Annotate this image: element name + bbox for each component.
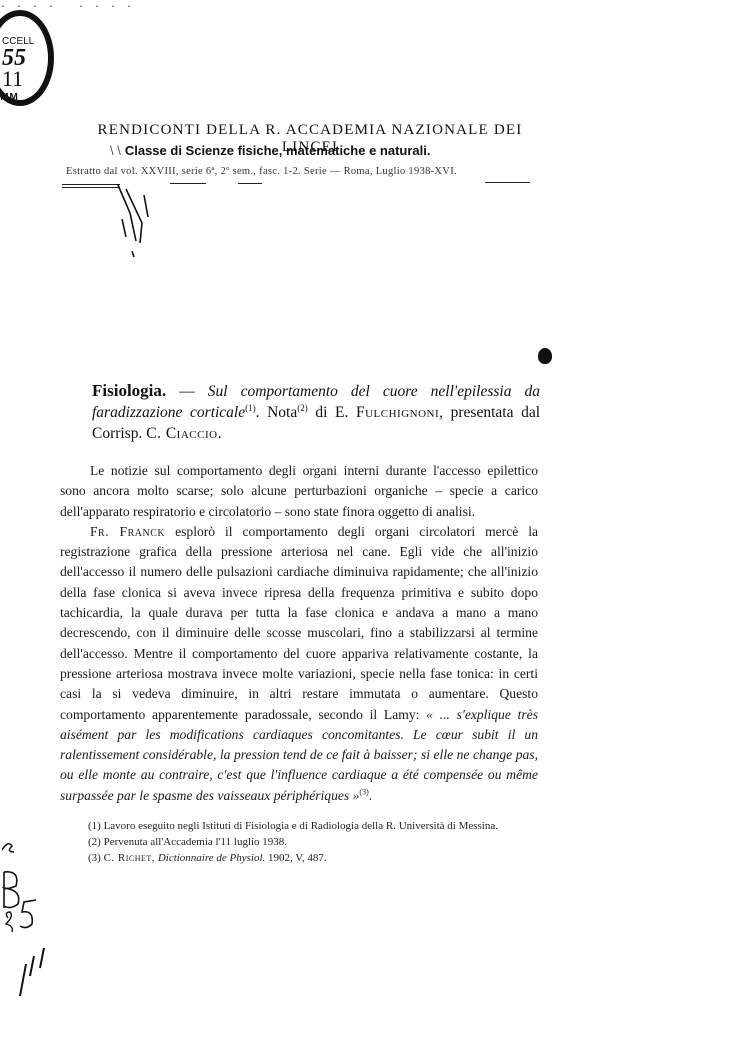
- author-name: Fulchignoni: [356, 404, 439, 421]
- classe-line: \ \Classe di Scienze fisiche, matematich…: [110, 143, 540, 158]
- section-label: Fisiologia.: [92, 381, 166, 400]
- ink-dot-mark: [538, 348, 552, 364]
- stamp-sub-number: 11: [2, 69, 42, 89]
- paragraph-2-text: esplorò il comportamento degli organi ci…: [60, 524, 538, 722]
- scan-dots-right: · · · ·: [78, 2, 134, 13]
- footnote-2: (2) Pervenuta all'Accademia l'11 luglio …: [60, 834, 538, 850]
- article-title-block: Fisiologia. — Sul comportamento del cuor…: [92, 380, 540, 444]
- footnote-details: 1902, V, 487.: [268, 852, 327, 864]
- footnote-author: C. Richet,: [104, 852, 155, 864]
- title-dash: —: [179, 383, 195, 400]
- margin-handwriting-icon: [2, 800, 72, 1000]
- title-note-ref: (1): [245, 403, 256, 413]
- pen-scribble-icon: [112, 183, 162, 263]
- library-stamp: CCELL 55 11 DMM: [0, 10, 54, 106]
- underline-rule: [485, 182, 530, 183]
- presenter-name: C. Ciaccio.: [146, 425, 222, 442]
- classe-marks: \ \: [110, 143, 121, 158]
- cited-author: Fr. Franck: [90, 524, 165, 539]
- footnote-1: (1) Lavoro eseguito negli Istituti di Fi…: [60, 818, 538, 834]
- underline-rule: [238, 183, 262, 184]
- footnote-text: Pervenuta all'Accademia l'11 luglio 1938…: [104, 836, 287, 848]
- quote-ref: (3): [359, 787, 368, 796]
- footnote-3: (3) C. Richet, Dictionnaire de Physiol. …: [60, 850, 538, 866]
- paragraph-2: Fr. Franck esplorò il comportamento degl…: [60, 522, 538, 806]
- footnote-work: Dictionnaire de Physiol.: [158, 852, 265, 864]
- nota-ref: (2): [297, 403, 308, 413]
- footnote-number: (1): [88, 820, 101, 832]
- estratto-line: Estratto dal vol. XXVIII, serie 6ª, 2º s…: [66, 166, 536, 177]
- article-body: Le notizie sul comportamento degli organ…: [60, 461, 538, 806]
- paragraph-1: Le notizie sul comportamento degli organ…: [60, 461, 538, 522]
- stamp-bottom-text: DMM: [0, 92, 19, 103]
- footnotes: (1) Lavoro eseguito negli Istituti di Fi…: [60, 818, 538, 866]
- footnote-number: (3): [88, 852, 101, 864]
- underline-rule: [170, 183, 206, 184]
- nota-label: Nota: [267, 404, 297, 421]
- author-prefix: di E.: [315, 404, 348, 421]
- footnote-number: (2): [88, 836, 101, 848]
- classe-text: Classe di Scienze fisiche, matematiche e…: [125, 143, 431, 158]
- footnote-text: Lavoro eseguito negli Istituti di Fisiol…: [104, 820, 498, 832]
